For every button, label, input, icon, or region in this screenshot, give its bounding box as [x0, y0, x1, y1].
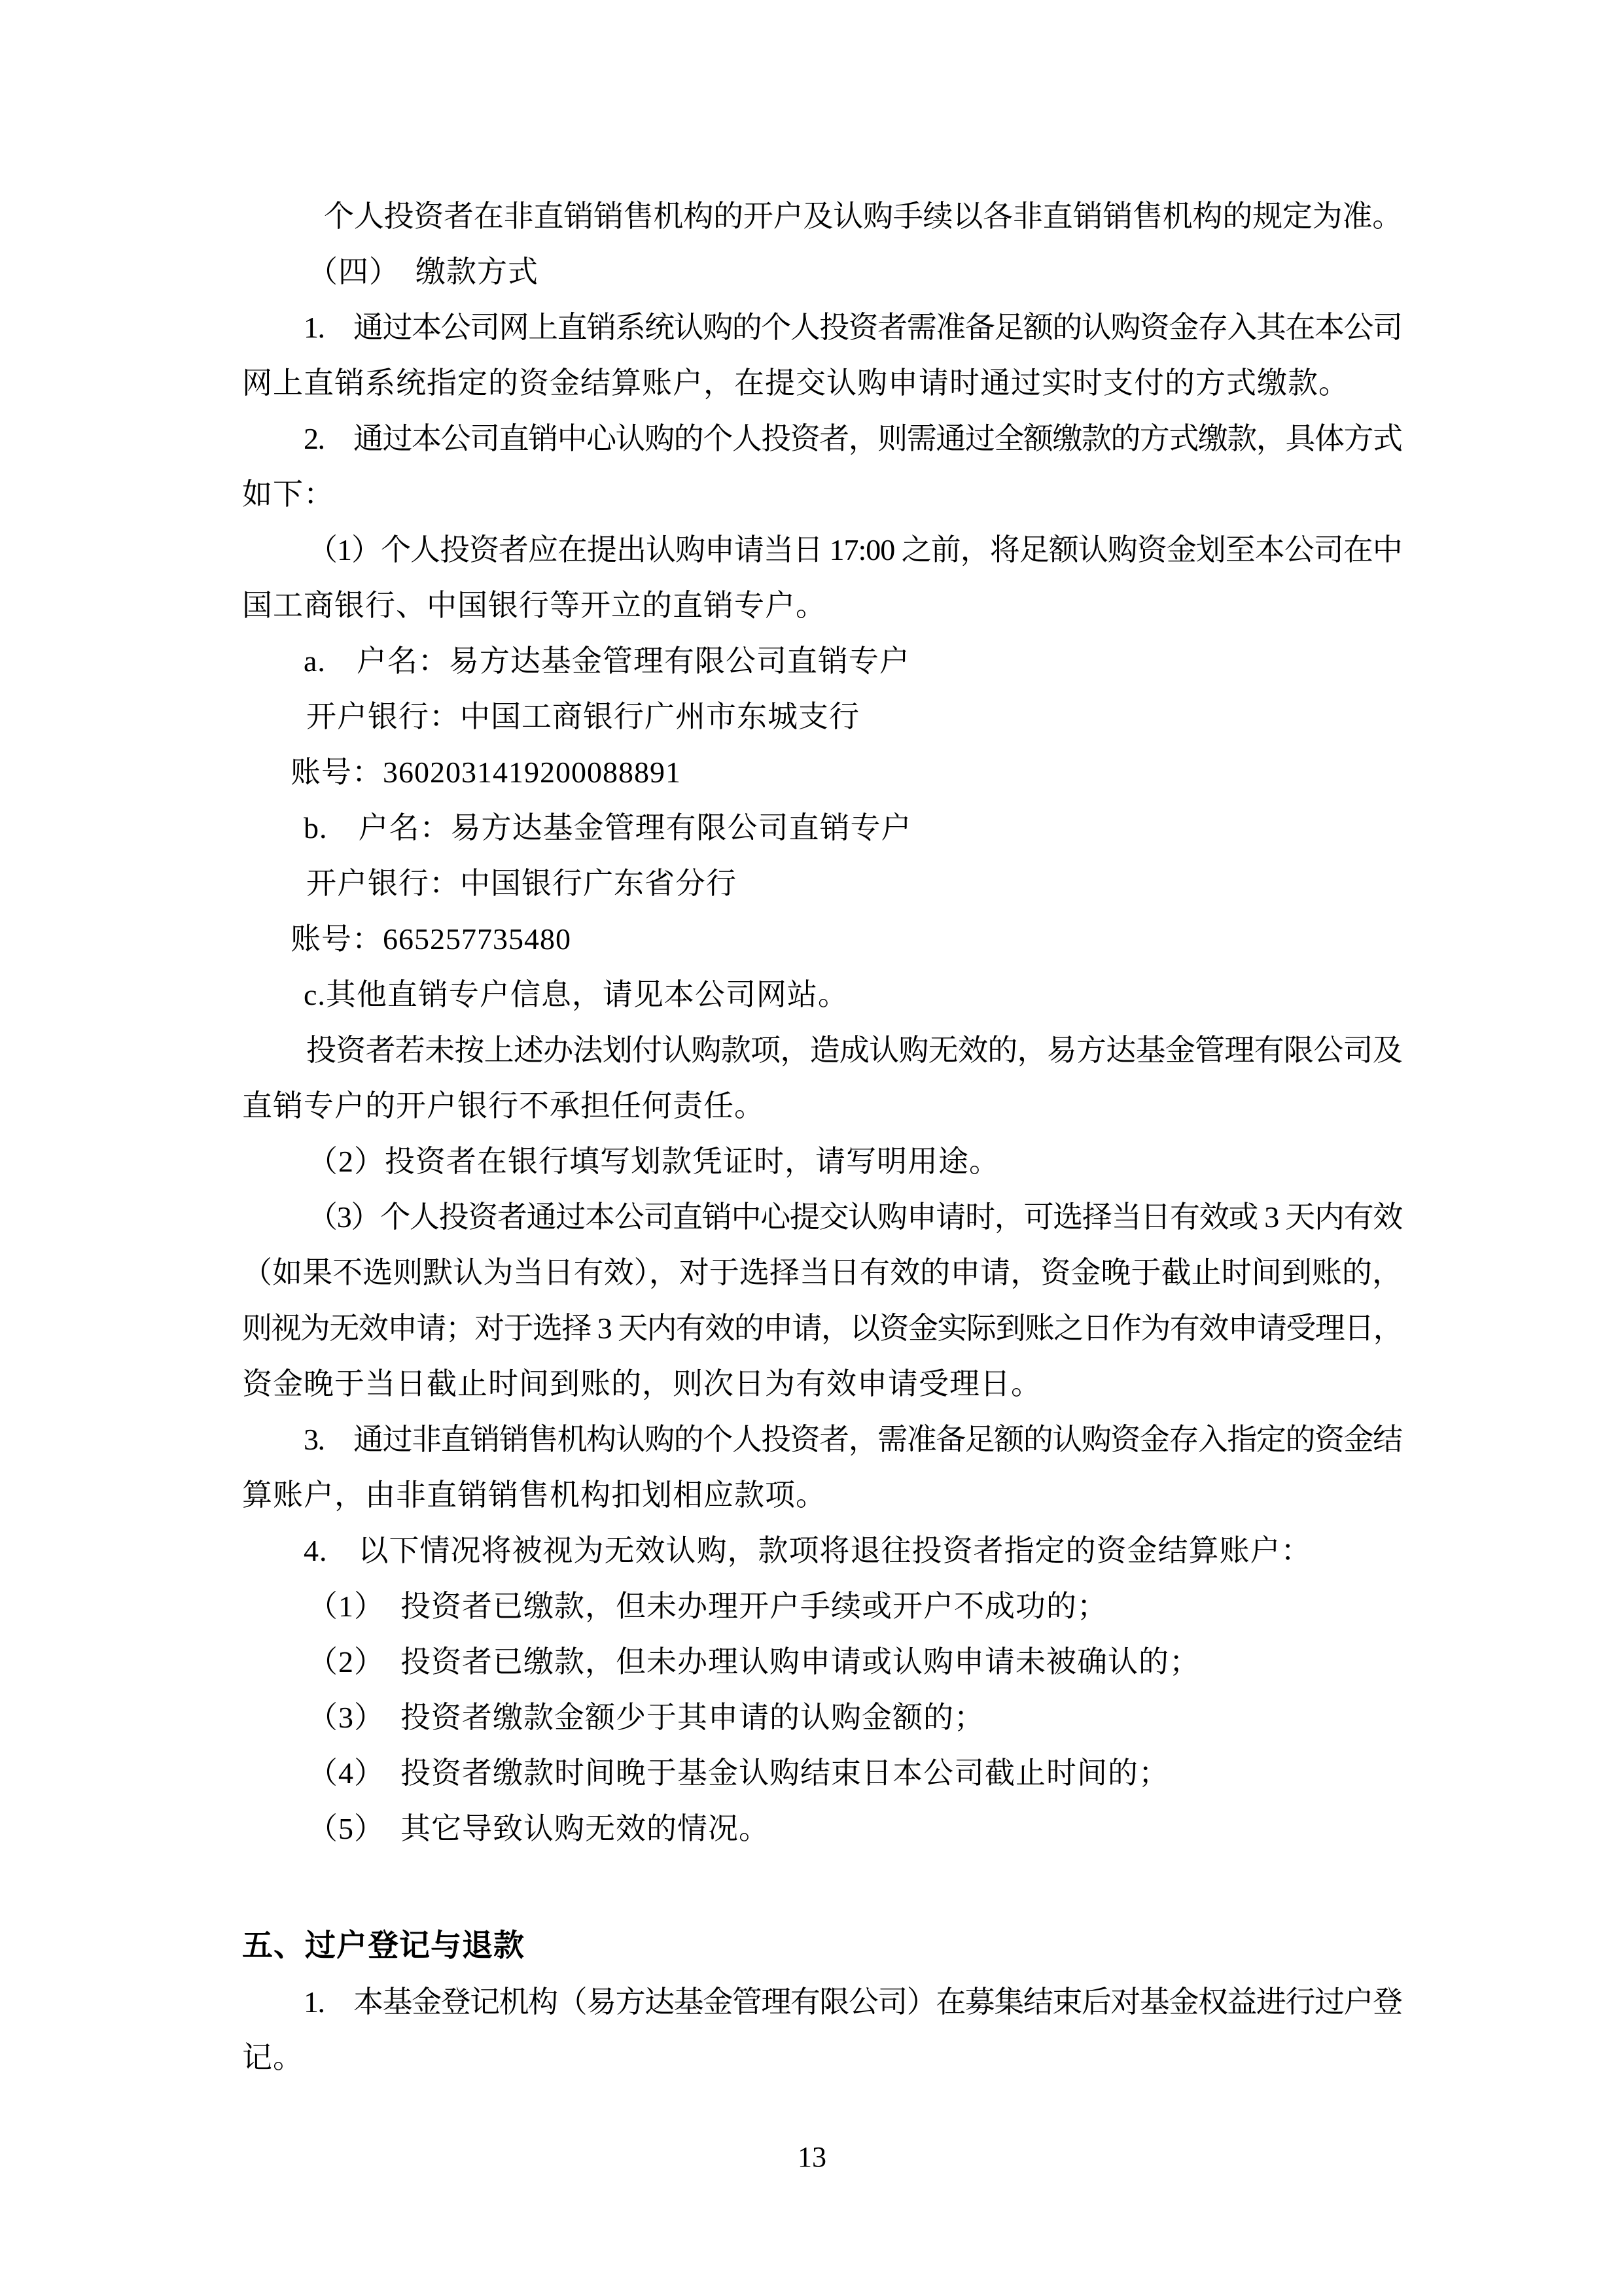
text-line: （4） 投资者缴款时间晚于基金认购结束日本公司截止时间的；	[242, 1745, 1402, 1801]
page-number: 13	[0, 2136, 1624, 2178]
text-line: 国工商银行、中国银行等开立的直销专户。	[242, 578, 1402, 633]
text-line: 2. 通过本公司直销中心认购的个人投资者，则需通过全额缴款的方式缴款，具体方式	[242, 411, 1402, 466]
text-line: c.其他直销专户信息，请见本公司网站。	[242, 967, 1402, 1022]
text-line: 1. 本基金登记机构（易方达基金管理有限公司）在募集结束后对基金权益进行过户登	[242, 1974, 1402, 2030]
text-line: 网上直销系统指定的资金结算账户，在提交认购申请时通过实时支付的方式缴款。	[242, 355, 1402, 411]
text-line: 个人投资者在非直销销售机构的开户及认购手续以各非直销销售机构的规定为准。	[242, 188, 1402, 244]
text-line: 则视为无效申请；对于选择 3 天内有效的申请，以资金实际到账之日作为有效申请受理…	[242, 1300, 1402, 1356]
text-line: 算账户，由非直销销售机构扣划相应款项。	[242, 1467, 1402, 1523]
text-line: 资金晚于当日截止时间到账的，则次日为有效申请受理日。	[242, 1356, 1402, 1412]
text-line: （2）投资者在银行填写划款凭证时，请写明用途。	[242, 1134, 1402, 1189]
text-line: （5） 其它导致认购无效的情况。	[242, 1801, 1402, 1856]
text-line: 开户银行：中国工商银行广州市东城支行	[242, 689, 1402, 744]
text-line: 3. 通过非直销销售机构认购的个人投资者，需准备足额的认购资金存入指定的资金结	[242, 1412, 1402, 1467]
document-page: 个人投资者在非直销销售机构的开户及认购手续以各非直销销售机构的规定为准。（四） …	[0, 0, 1624, 2296]
text-line: 记。	[242, 2030, 1402, 2085]
text-line: 如下：	[242, 466, 1402, 522]
text-line: b. 户名：易方达基金管理有限公司直销专户	[242, 800, 1402, 856]
text-line: 账号：665257735480	[242, 911, 1402, 967]
text-line: 4. 以下情况将被视为无效认购，款项将退往投资者指定的资金结算账户：	[242, 1523, 1402, 1578]
section-heading: 五、过户登记与退款	[242, 1919, 1402, 1974]
text-line: a. 户名：易方达基金管理有限公司直销专户	[242, 633, 1402, 689]
text-line: 投资者若未按上述办法划付认购款项，造成认购无效的，易方达基金管理有限公司及	[242, 1022, 1402, 1078]
text-line: 直销专户的开户银行不承担任何责任。	[242, 1078, 1402, 1134]
text-line: 账号：3602031419200088891	[242, 744, 1402, 800]
text-line: （3）个人投资者通过本公司直销中心提交认购申请时，可选择当日有效或 3 天内有效	[242, 1189, 1402, 1245]
text-line: 开户银行：中国银行广东省分行	[242, 856, 1402, 911]
text-line: 1. 通过本公司网上直销系统认购的个人投资者需准备足额的认购资金存入其在本公司	[242, 300, 1402, 355]
text-line: （四） 缴款方式	[242, 244, 1402, 300]
text-content: 个人投资者在非直销销售机构的开户及认购手续以各非直销销售机构的规定为准。（四） …	[242, 188, 1402, 2085]
text-line: （1） 投资者已缴款，但未办理开户手续或开户不成功的；	[242, 1578, 1402, 1634]
text-line: （1）个人投资者应在提出认购申请当日 17:00 之前，将足额认购资金划至本公司…	[242, 522, 1402, 578]
text-line: （如果不选则默认为当日有效），对于选择当日有效的申请，资金晚于截止时间到账的，	[242, 1245, 1402, 1300]
text-line: （3） 投资者缴款金额少于其申请的认购金额的；	[242, 1690, 1402, 1745]
text-line: （2） 投资者已缴款，但未办理认购申请或认购申请未被确认的；	[242, 1634, 1402, 1690]
